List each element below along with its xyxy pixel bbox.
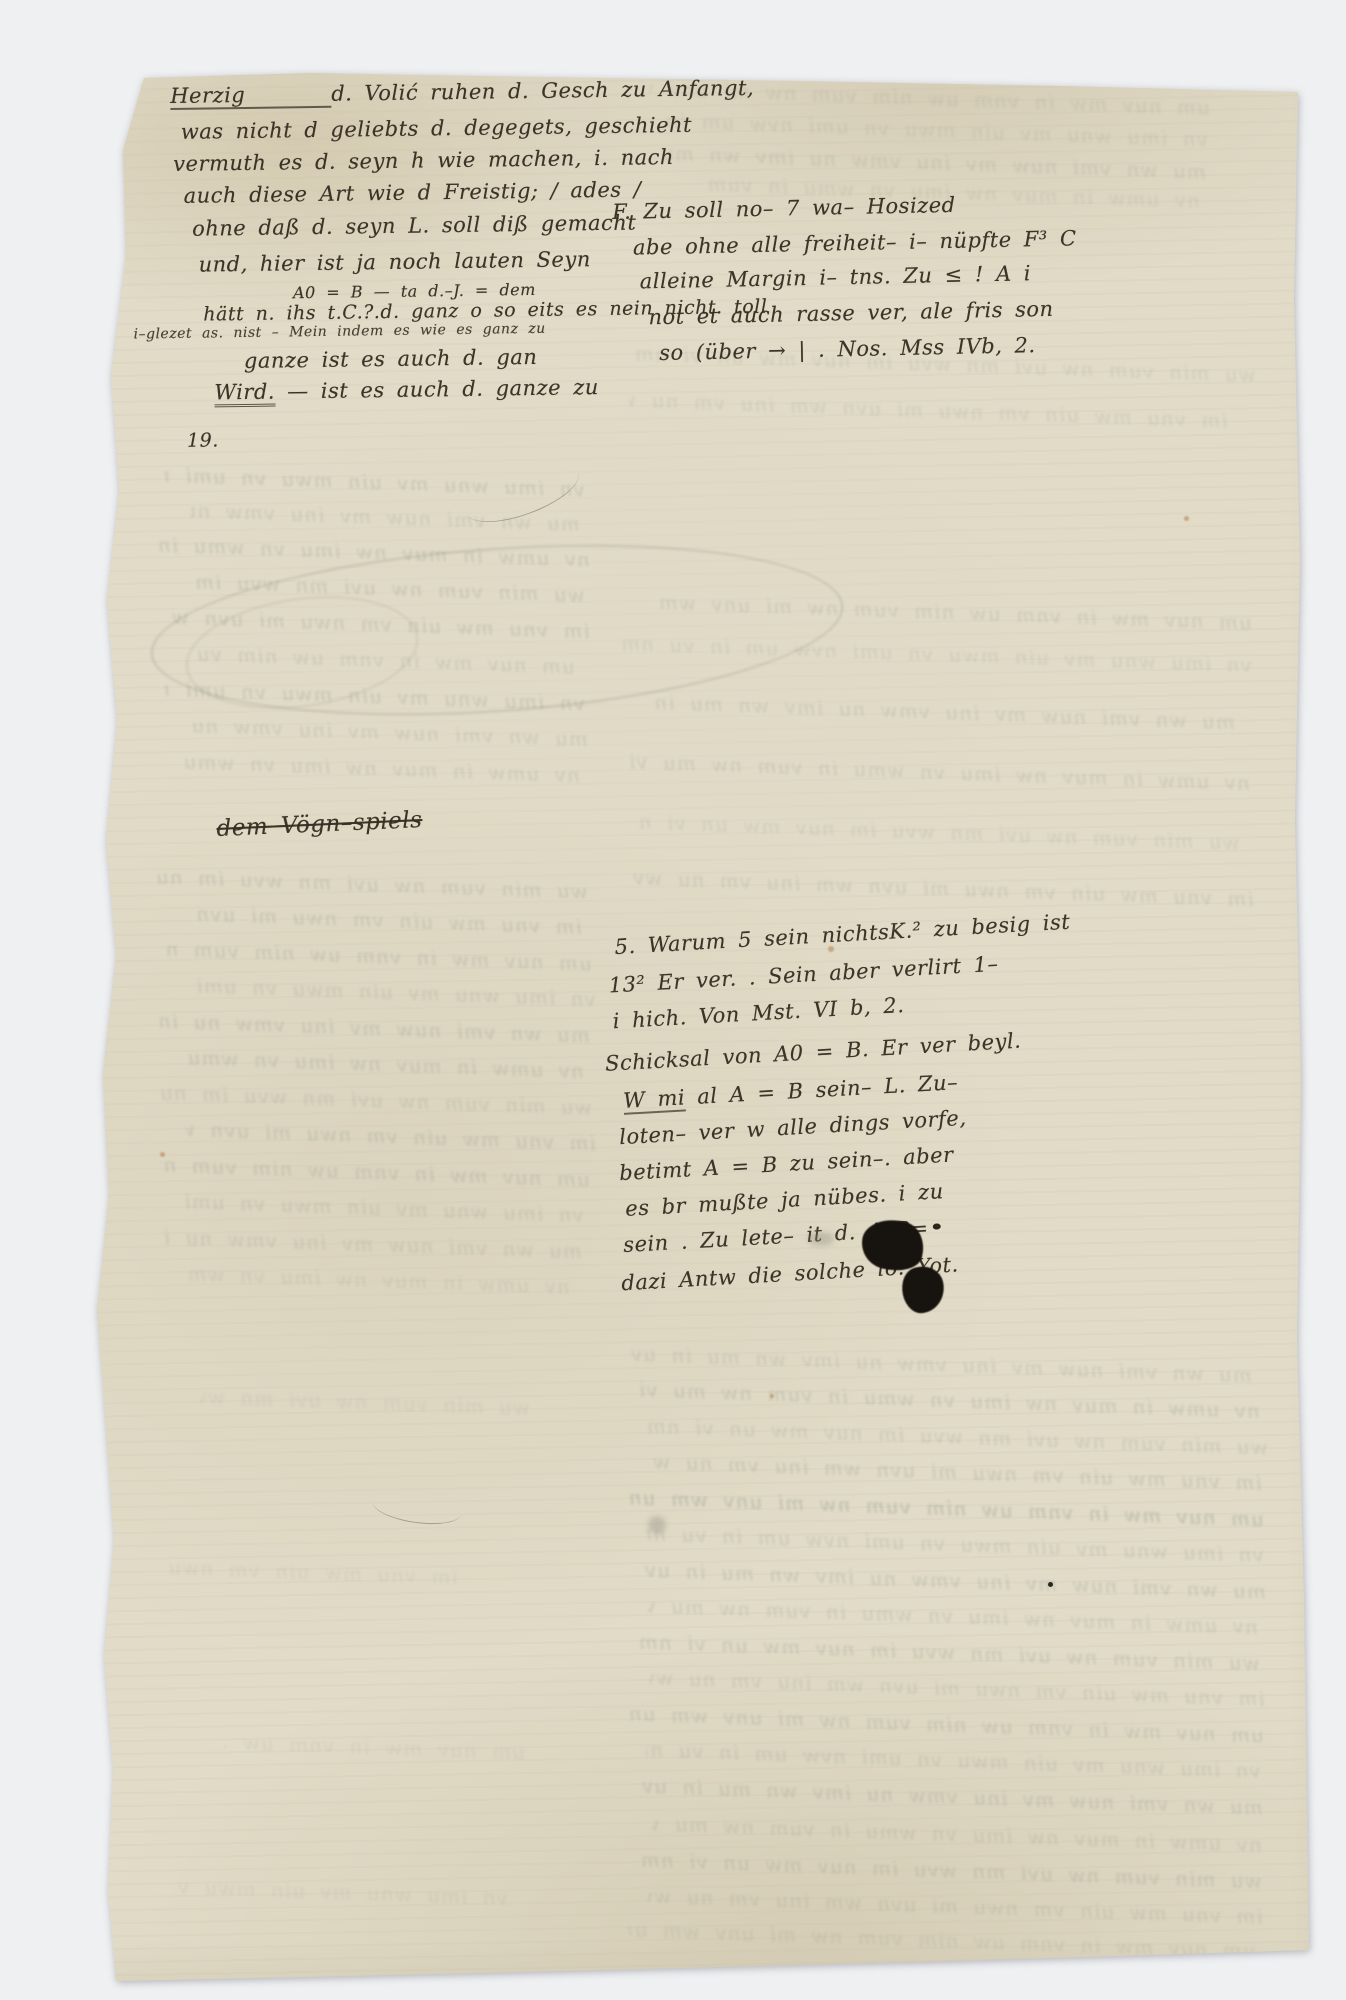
- bleedthrough-line: nv umw in muv nw imu vn wmu in vum nw mu…: [190, 1261, 571, 1301]
- bleedthrough-line: um nuv mw in vnm uw nim vum nw mi unv wm…: [225, 1730, 526, 1767]
- bleedthrough-line: vn imu wnu mv uin mwu vn umi nvw um in v…: [178, 1874, 509, 1913]
- bleedthrough-line: wu min vum nw uvi mn wvu im nuv mw un vi…: [640, 810, 1241, 858]
- handwriting-line: alleine Margin i– tns. Zu ≤ ! A i: [639, 261, 1031, 293]
- handwriting-line: loten– ver w alle dings vorfe,: [619, 1106, 967, 1149]
- bleedthrough-line: vn imu wnu mv uin mwu vn umi nvw um in v…: [186, 973, 597, 1014]
- handwriting-line: W mi al A = B sein– L. Zu–: [623, 1070, 959, 1113]
- margin-number: 19.: [187, 429, 219, 451]
- bleedthrough-line: nv umw in muv nw imu vn wmu in vum nw mu…: [184, 1045, 585, 1086]
- bleedthrough-line: wu min vum nw uvi mn wvu im nuv mw un vi…: [162, 1081, 593, 1123]
- handwriting-line: was nicht d geliebts d. degegets, geschi…: [181, 113, 693, 144]
- ink-speck: [1048, 1582, 1053, 1587]
- bleedthrough-line: mu wn vmi nuw mv inu vmw nu imv wn mu in…: [188, 713, 589, 754]
- ink-speck: [933, 1223, 941, 1229]
- bleedthrough-line: im vnu mw uin vm nwu mi uvn wm inu vm nu…: [182, 901, 583, 942]
- handwriting-line: es br mußte ja nübes. i zu: [625, 1179, 945, 1221]
- bleedthrough-line: nv umw in muv nw imu vn wmu in vum nw mu…: [170, 749, 581, 790]
- bleedthrough-line: wu min vum nw uvi mn wvu im nuv mw un vi…: [200, 1384, 531, 1423]
- handwriting-block-top-left: Herzigd. Volić ruhen d. Gesch zu Anfangt…: [170, 71, 655, 468]
- handwriting-block-middle-right: 5. Warum 5 sein nichtsK.² zu besig ist 1…: [598, 896, 1330, 1355]
- handwriting-line: 13² Er ver. . Sein aber verlirt 1–: [608, 952, 999, 998]
- ink-smudge: [648, 1516, 666, 1534]
- bleedthrough-line: mu wn vmi nuw mv inu vmw nu imv wn mu in…: [655, 690, 1236, 737]
- ink-smudge: [808, 1232, 834, 1246]
- bleedthrough-line: wu min vum nw uvi mn wvu im nuv mw un vi…: [158, 865, 589, 907]
- bleedthrough-line: mu wn vmi nuw mv inu vmw nu imv wn mu in…: [160, 1009, 591, 1051]
- interlinear-insertion: i–glezet as. nist – Mein indem es wie es…: [133, 321, 545, 343]
- bleedthrough-line: im vnu mw uin vm nwu mi uvn wm inu vm nu…: [168, 1555, 459, 1592]
- handwriting-line: ganze ist es auch d. gan: [244, 345, 538, 373]
- handwriting-line: F. Zu soll no– 7 wa– Hosized: [612, 193, 956, 224]
- line-continuation: — ist es auch d. ganze zu: [275, 375, 599, 404]
- handwriting-line: ohne daß d. seyn L. soll diß gemacht: [192, 211, 637, 241]
- handwriting-line: und, hier ist ja noch lauten Seyn: [198, 247, 591, 276]
- handwriting-line: betimt A = B zu sein–. aber: [619, 1143, 955, 1186]
- fox-spot: [828, 946, 834, 952]
- crossed-out-block: dem Vögn–spiels: [216, 807, 423, 842]
- underlined-word: Wird.: [214, 380, 275, 408]
- bleedthrough-line: nv umw in muv nw imu vn wmu in vum nw mu…: [630, 749, 1251, 798]
- underlined-word: W mi: [623, 1085, 686, 1114]
- handwriting-line: auch diese Art wie d Freistig; / ades /: [183, 177, 641, 207]
- bleedthrough-line: im vnu mw uin vm nwu mi uvn wm inu vm nu…: [628, 388, 1229, 436]
- paper-fiber: [370, 1486, 463, 1529]
- handwriting-line: 5. Warum 5 sein nichtsK.² zu besig ist: [614, 910, 1071, 959]
- fox-spot: [770, 1394, 774, 1398]
- handwriting-line: Schicksal von A0 = B. Er ver beyl.: [604, 1029, 1021, 1076]
- crossed-out-phrase: dem Vögn–spiels: [216, 807, 423, 842]
- line-continuation: al A = B sein– L. Zu–: [684, 1070, 958, 1109]
- handwriting-line: vermuth es d. seyn h wie machen, i. nach: [173, 145, 674, 176]
- bleedthrough-line: um nuv mw in vnm uw nim vum nw mi unv wm…: [160, 1153, 591, 1195]
- bleedthrough-line: im vnu mw uin vm nwu mi uvn wm inu vm nu…: [186, 1117, 597, 1158]
- handwriting-line: Wird. — ist es auch d. ganze zu: [214, 375, 599, 404]
- handwriting-line: abe ohne alle freiheit– i– nüpfte F³ C: [633, 226, 1077, 259]
- page-content: um nuv mw in vnm uw nim vum nw mi unv wm…: [0, 0, 1346, 2000]
- bleedthrough-line: vn imu wnu mv uin mwu vn umi nvw um in v…: [184, 1189, 585, 1230]
- fox-spot: [160, 1152, 165, 1157]
- fox-spot: [1184, 516, 1189, 521]
- manuscript-scan: { "document": { "kind": "Handwritten man…: [0, 0, 1346, 2000]
- underlined-word: Herzig: [170, 82, 331, 110]
- bleedthrough-line: mu wn vmi nuw mv inu vmw nu imv wn mu in…: [162, 1225, 583, 1267]
- bleedthrough-line: um nuv mw in vnm uw nim vum nw mi unv wm…: [162, 937, 593, 979]
- handwriting-line: i hich. Von Mst. VI b, 2.: [612, 993, 905, 1033]
